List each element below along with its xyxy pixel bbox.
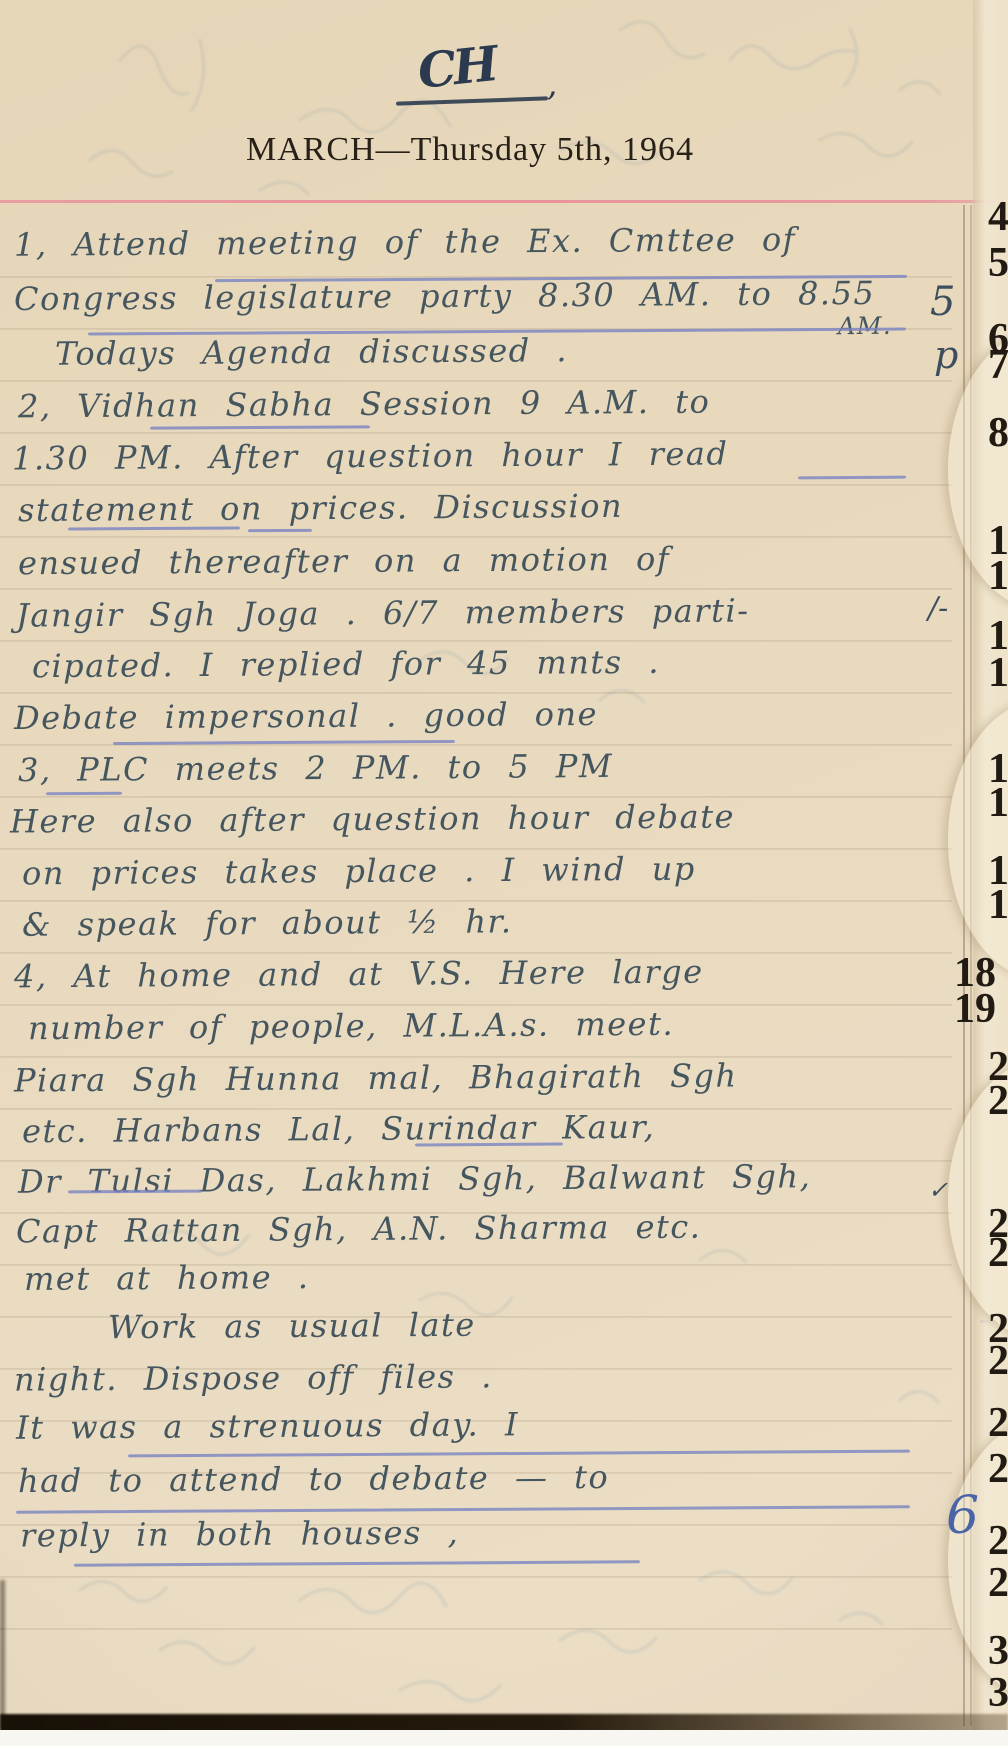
ink-underline-6 (248, 529, 312, 532)
ink-mark-5: 6 (946, 1490, 979, 1542)
handwritten-monogram: CH (415, 36, 498, 100)
ink-mark-6: ✓ (928, 1178, 948, 1202)
ink-underline-7 (113, 740, 455, 745)
diary-line-9: Jangir Sgh Joga . 6/7 members parti- (16, 594, 750, 631)
diary-line-1: 1, Attend meeting of the Ex. Cmttee of (14, 223, 796, 260)
ink-underline-8 (46, 792, 122, 795)
diary-line-11: Debate impersonal . good one (14, 698, 598, 734)
diary-line-3: AM. (838, 314, 892, 338)
scan-edge-shadow-left (0, 1580, 5, 1730)
diary-line-27: reply in both houses , (20, 1516, 459, 1551)
diary-page-scan: CH MARCH—Thursday 5th, 1964 1, Attend me… (0, 0, 1008, 1746)
diary-line-12: 3, PLC meets 2 PM. to 5 PM (18, 750, 613, 786)
edge-date-number: 3 (988, 1630, 1008, 1672)
diary-line-22: met at home . (24, 1261, 310, 1295)
scan-background-strip (0, 1730, 1008, 1746)
ink-underline-4 (798, 476, 906, 480)
ink-underline-13 (74, 1560, 640, 1566)
edge-date-number: 8 (988, 412, 1008, 454)
diary-line-16: 4, At home and at V.S. Here large (14, 956, 704, 993)
edge-date-number: 5 (988, 242, 1008, 284)
edge-date-number: 2 (988, 1448, 1008, 1490)
diary-line-4: Todays Agenda discussed . (55, 334, 568, 370)
ink-underline-3 (150, 425, 370, 429)
edge-date-number: 19 (954, 988, 996, 1030)
diary-line-13: Here also after question hour debate (10, 800, 735, 837)
diary-line-24: night. Dispose off files . (14, 1360, 493, 1395)
header-rule (0, 200, 1008, 203)
monogram-underline-stroke (396, 96, 548, 105)
edge-date-number: 2 (988, 1232, 1008, 1274)
ink-mark-3: /- (928, 594, 948, 624)
diary-line-15: & speak for about ½ hr. (22, 905, 513, 940)
diary-line-23: Work as usual late (108, 1309, 476, 1344)
edge-date-number: 2 (988, 1080, 1008, 1122)
edge-date-number: 2 (988, 1340, 1008, 1382)
ink-underline-11 (128, 1450, 910, 1458)
edge-date-number: 2 (988, 1562, 1008, 1604)
diary-line-17: number of people, M.L.A.s. meet. (28, 1008, 674, 1045)
diary-line-5: 2, Vidhan Sabha Session 9 A.M. to (18, 386, 711, 423)
diary-line-26: had to attend to debate — to (18, 1461, 609, 1497)
edge-date-number: 2 (988, 1402, 1008, 1444)
ink-mark-4: ’ (546, 88, 557, 122)
edge-date-number: 1 (988, 555, 1008, 597)
edge-date-number: 3 (988, 1672, 1008, 1714)
printed-date-heading: MARCH—Thursday 5th, 1964 (0, 131, 940, 169)
diary-line-8: ensued thereafter on a motion of (18, 543, 670, 580)
diary-line-21: Capt Rattan Sgh, A.N. Sharma etc. (16, 1211, 702, 1248)
diary-line-6: 1.30 PM. After question hour I read (12, 437, 729, 474)
edge-date-number: 7 (988, 344, 1008, 386)
diary-line-18: Piara Sgh Hunna mal, Bhagirath Sgh (14, 1059, 738, 1096)
thumb-index-notch (948, 700, 1008, 980)
diary-line-25: It was a strenuous day. I (16, 1408, 519, 1444)
edge-date-number: 2 (988, 1520, 1008, 1562)
ink-mark-1: 5 (930, 282, 955, 322)
diary-line-7: statement on prices. Discussion (18, 490, 623, 526)
edge-date-number: 1 (988, 884, 1008, 926)
edge-date-number: 1 (988, 652, 1008, 694)
edge-date-number: 1 (988, 782, 1008, 824)
diary-line-10: cipated. I replied for 45 mnts . (32, 646, 660, 682)
ink-underline-5 (68, 526, 240, 530)
diary-line-14: on prices takes place . I wind up (22, 853, 696, 890)
ink-underline-12 (16, 1505, 910, 1513)
diary-line-2: Congress legislature party 8.30 AM. to 8… (14, 277, 875, 315)
ink-mark-2: p (934, 336, 958, 374)
edge-date-number: 4 (988, 196, 1008, 238)
